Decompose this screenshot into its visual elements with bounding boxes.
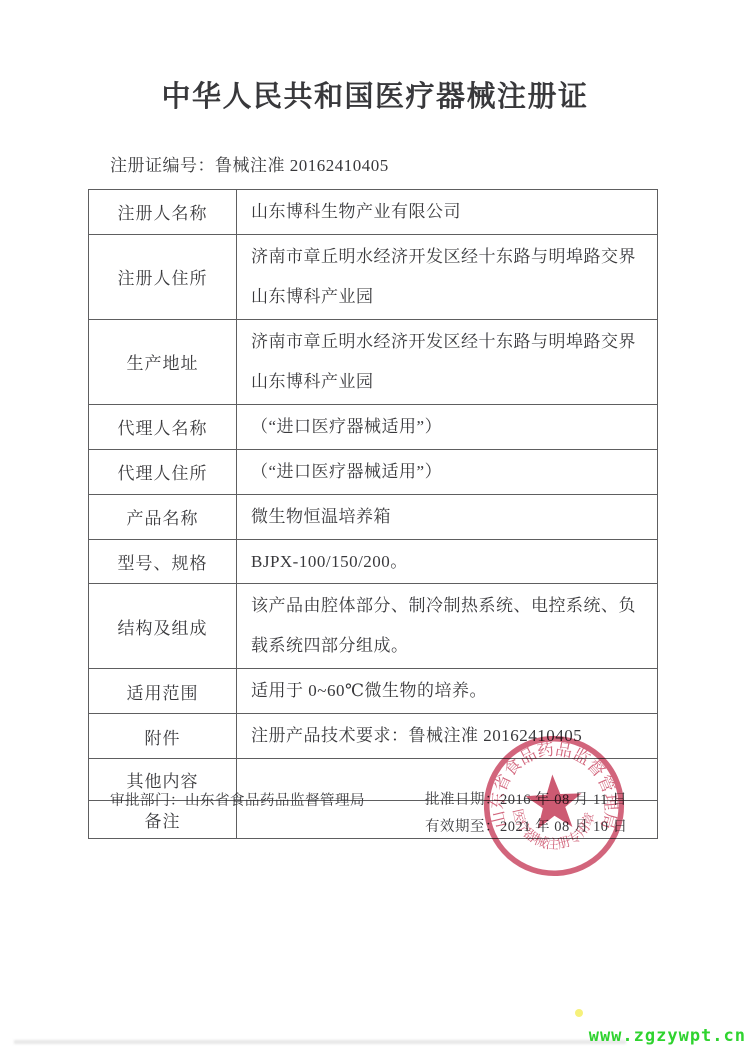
row-label: 代理人名称 (89, 404, 237, 449)
row-value: （“进口医疗器械适用”） (237, 449, 658, 494)
scan-artifact-dot (575, 1009, 583, 1017)
row-label: 生产地址 (89, 319, 237, 404)
table-row: 型号、规格 BJPX-100/150/200。 (89, 539, 658, 584)
approval-department-value: 山东省食品药品监督管理局 (185, 793, 365, 809)
registration-number-value: 鲁械注准 20162410405 (215, 156, 389, 175)
row-label: 适用范围 (89, 669, 237, 714)
row-value: 济南市章丘明水经济开发区经十东路与明埠路交界山东博科产业园 (237, 234, 658, 319)
table-row: 结构及组成 该产品由腔体部分、制冷制热系统、电控系统、负载系统四部分组成。 (89, 584, 658, 669)
table-row: 产品名称 微生物恒温培养箱 (89, 494, 658, 539)
table-row: 代理人名称 （“进口医疗器械适用”） (89, 404, 658, 449)
page-title: 中华人民共和国医疗器械注册证 (0, 74, 750, 115)
official-seal-stamp: 山东省食品药品监督管理局 医疗器械注册专用章 (442, 694, 667, 919)
row-value: BJPX-100/150/200。 (237, 539, 658, 584)
table-row: 代理人住所 （“进口医疗器械适用”） (89, 449, 658, 494)
website-watermark: www.zgzywpt.cn (589, 1026, 746, 1046)
row-value: 济南市章丘明水经济开发区经十东路与明埠路交界山东博科产业园 (237, 319, 658, 404)
row-value: （“进口医疗器械适用”） (237, 404, 658, 449)
row-label: 结构及组成 (89, 584, 237, 669)
approval-department-line: 审批部门：山东省食品药品监督管理局 (110, 789, 365, 810)
scan-shadow-line (14, 1040, 626, 1044)
row-label: 注册人名称 (89, 190, 237, 235)
table-row: 生产地址 济南市章丘明水经济开发区经十东路与明埠路交界山东博科产业园 (89, 319, 658, 404)
row-label: 产品名称 (89, 494, 237, 539)
row-label: 注册人住所 (89, 234, 237, 319)
row-value: 该产品由腔体部分、制冷制热系统、电控系统、负载系统四部分组成。 (237, 584, 658, 669)
registration-number-label: 注册证编号： (110, 156, 215, 175)
row-label: 型号、规格 (89, 539, 237, 584)
row-label: 附件 (89, 714, 237, 759)
row-label: 代理人住所 (89, 449, 237, 494)
table-row: 注册人住所 济南市章丘明水经济开发区经十东路与明埠路交界山东博科产业园 (89, 234, 658, 319)
approval-department-label: 审批部门： (110, 793, 185, 809)
table-row: 注册人名称 山东博科生物产业有限公司 (89, 190, 658, 235)
registration-number-line: 注册证编号：鲁械注准 20162410405 (110, 151, 389, 176)
certificate-page: 中华人民共和国医疗器械注册证 注册证编号：鲁械注准 20162410405 注册… (0, 0, 750, 1060)
stamp-star-icon (524, 773, 583, 829)
row-value: 山东博科生物产业有限公司 (237, 190, 658, 235)
row-value: 微生物恒温培养箱 (237, 494, 658, 539)
